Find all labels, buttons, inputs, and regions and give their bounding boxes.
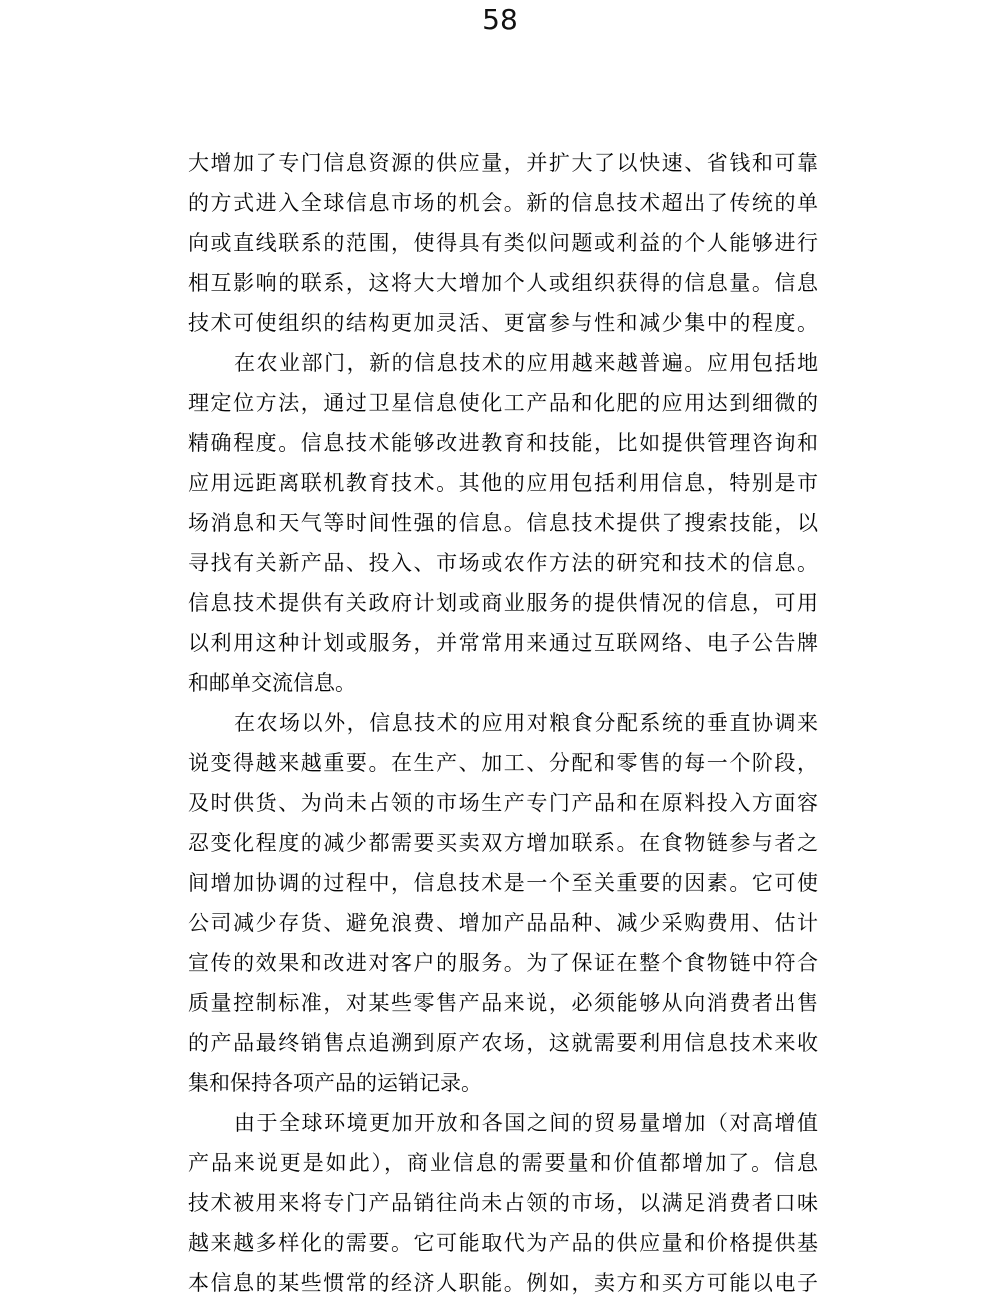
text-line: 在农业部门，新的信息技术的应用越来越普遍。应用包括地 — [188, 343, 818, 383]
text-line: 间增加协调的过程中，信息技术是一个至关重要的因素。它可使 — [188, 863, 818, 903]
text-line: 宣传的效果和改进对客户的服务。为了保证在整个食物链中符合 — [188, 943, 818, 983]
text-line: 技术被用来将专门产品销往尚未占领的市场，以满足消费者口味 — [188, 1183, 818, 1223]
text-line: 技术可使组织的结构更加灵活、更富参与性和减少集中的程度。 — [188, 303, 818, 343]
text-line: 信息技术提供有关政府计划或商业服务的提供情况的信息，可用 — [188, 583, 818, 623]
text-line: 相互影响的联系，这将大大增加个人或组织获得的信息量。信息 — [188, 263, 818, 303]
text-line: 说变得越来越重要。在生产、加工、分配和零售的每一个阶段， — [188, 743, 818, 783]
text-line: 公司减少存货、避免浪费、增加产品品种、减少采购费用、估计 — [188, 903, 818, 943]
text-line: 场消息和天气等时间性强的信息。信息技术提供了搜索技能，以 — [188, 503, 818, 543]
paragraph: 大增加了专门信息资源的供应量，并扩大了以快速、省钱和可靠的方式进入全球信息市场的… — [188, 143, 818, 343]
text-line: 的方式进入全球信息市场的机会。新的信息技术超出了传统的单 — [188, 183, 818, 223]
text-line: 向或直线联系的范围，使得具有类似问题或利益的个人能够进行 — [188, 223, 818, 263]
text-line: 集和保持各项产品的运销记录。 — [188, 1063, 818, 1103]
text-line: 大增加了专门信息资源的供应量，并扩大了以快速、省钱和可靠 — [188, 143, 818, 183]
text-line: 应用远距离联机教育技术。其他的应用包括利用信息，特别是市 — [188, 463, 818, 503]
text-line: 产品来说更是如此），商业信息的需要量和价值都增加了。信息 — [188, 1143, 818, 1183]
text-line: 本信息的某些惯常的经济人职能。例如，卖方和买方可能以电子 — [188, 1263, 818, 1301]
text-line: 的产品最终销售点追溯到原产农场，这就需要利用信息技术来收 — [188, 1023, 818, 1063]
text-line: 由于全球环境更加开放和各国之间的贸易量增加（对高增值 — [188, 1103, 818, 1143]
paragraph: 由于全球环境更加开放和各国之间的贸易量增加（对高增值产品来说更是如此），商业信息… — [188, 1103, 818, 1301]
document-page: 58 大增加了专门信息资源的供应量，并扩大了以快速、省钱和可靠的方式进入全球信息… — [0, 0, 1000, 1301]
text-line: 越来越多样化的需要。它可能取代为产品的供应量和价格提供基 — [188, 1223, 818, 1263]
paragraph: 在农场以外，信息技术的应用对粮食分配系统的垂直协调来说变得越来越重要。在生产、加… — [188, 703, 818, 1103]
text-line: 寻找有关新产品、投入、市场或农作方法的研究和技术的信息。 — [188, 543, 818, 583]
paragraph: 在农业部门，新的信息技术的应用越来越普遍。应用包括地理定位方法，通过卫星信息使化… — [188, 343, 818, 703]
text-line: 理定位方法，通过卫星信息使化工产品和化肥的应用达到细微的 — [188, 383, 818, 423]
text-line: 以利用这种计划或服务，并常常用来通过互联网络、电子公告牌 — [188, 623, 818, 663]
text-line: 在农场以外，信息技术的应用对粮食分配系统的垂直协调来 — [188, 703, 818, 743]
body-text: 大增加了专门信息资源的供应量，并扩大了以快速、省钱和可靠的方式进入全球信息市场的… — [188, 143, 818, 1301]
page-number: 58 — [0, 3, 1000, 37]
text-line: 忍变化程度的减少都需要买卖双方增加联系。在食物链参与者之 — [188, 823, 818, 863]
text-line: 精确程度。信息技术能够改进教育和技能，比如提供管理咨询和 — [188, 423, 818, 463]
text-line: 及时供货、为尚未占领的市场生产专门产品和在原料投入方面容 — [188, 783, 818, 823]
text-line: 和邮单交流信息。 — [188, 663, 818, 703]
text-line: 质量控制标准，对某些零售产品来说，必须能够从向消费者出售 — [188, 983, 818, 1023]
